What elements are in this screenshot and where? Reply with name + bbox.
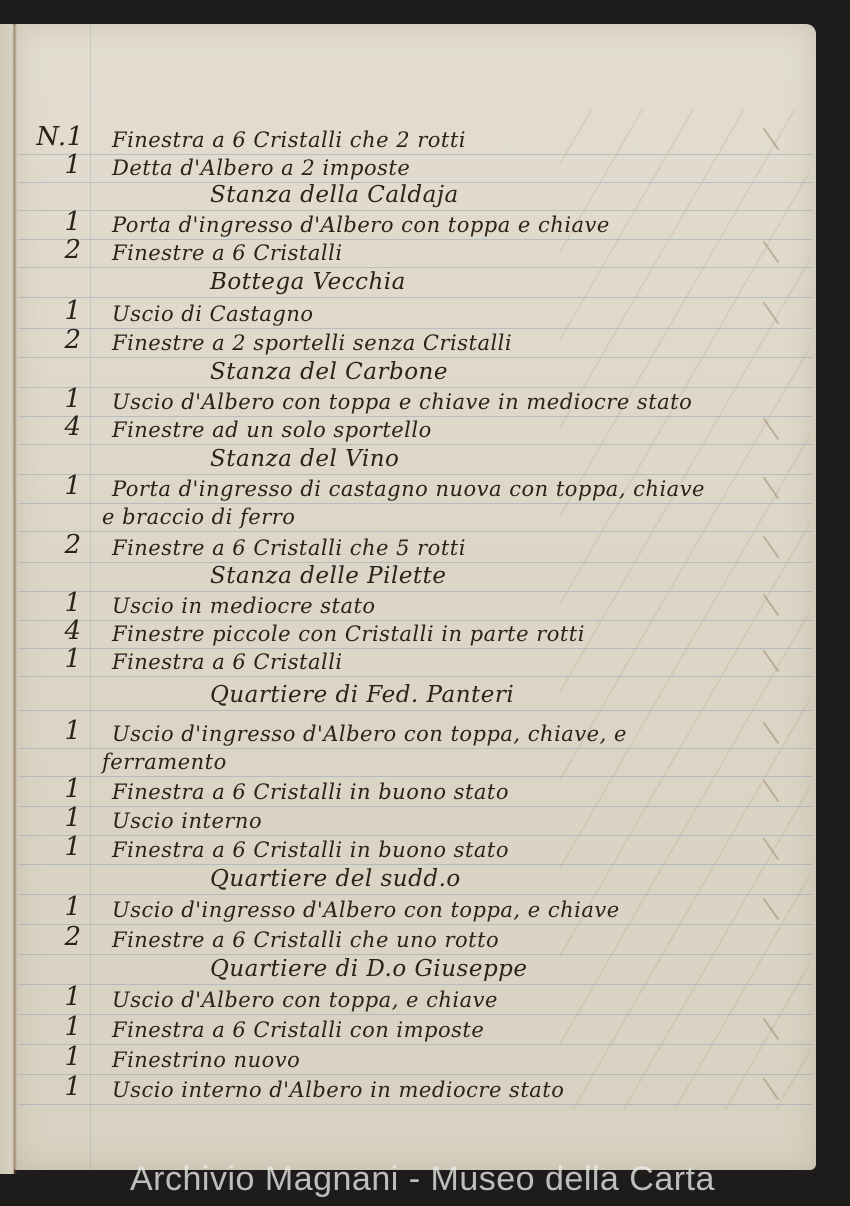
- entry-quantity: 1: [58, 384, 88, 414]
- ruled-line: [18, 474, 813, 475]
- entry-description: Uscio d'Albero con toppa, e chiave: [112, 988, 498, 1012]
- entry-quantity: 1: [58, 982, 88, 1012]
- ruled-line: [18, 357, 813, 358]
- ruled-line: [18, 864, 813, 865]
- ruled-line: [18, 297, 813, 298]
- entry-description: Finestre a 6 Cristalli che 5 rotti: [112, 536, 466, 560]
- entry-description: Detta d'Albero a 2 imposte: [112, 156, 410, 180]
- room-name: Bottega Vecchia: [210, 269, 406, 295]
- entry-description: Finestra a 6 Cristalli in buono stato: [112, 838, 509, 862]
- ruled-line: [18, 894, 813, 895]
- ruled-line: [18, 984, 813, 985]
- ledger-content: N.1Finestra a 6 Cristalli che 2 rotti1De…: [0, 0, 850, 1206]
- room-name: Stanza del Vino: [210, 446, 399, 472]
- entry-quantity: 1: [58, 296, 88, 326]
- entry-description: Uscio d'Albero con toppa e chiave in med…: [112, 390, 692, 414]
- entry-quantity: 1: [58, 774, 88, 804]
- entry-quantity: 1: [58, 716, 88, 746]
- entry-quantity: 4: [58, 616, 88, 646]
- margin-tick-mark: [763, 1078, 780, 1100]
- ruled-line: [18, 591, 813, 592]
- margin-tick-mark: [763, 722, 780, 744]
- room-name: Quartiere di D.o Giuseppe: [210, 956, 528, 982]
- entry-quantity: 2: [58, 530, 88, 560]
- ruled-line: [18, 328, 813, 329]
- entry-description: e braccio di ferro: [102, 505, 295, 529]
- entry-quantity: 1: [58, 1012, 88, 1042]
- entry-description: Uscio di Castagno: [112, 302, 314, 326]
- ruled-line: [18, 154, 813, 155]
- margin-tick-mark: [763, 898, 780, 920]
- ruled-line: [18, 531, 813, 532]
- entry-description: Finestre a 2 sportelli senza Cristalli: [112, 331, 512, 355]
- entry-description: Finestre piccole con Cristalli in parte …: [112, 622, 585, 646]
- entry-quantity: 2: [58, 325, 88, 355]
- margin-tick-mark: [763, 477, 780, 499]
- ruled-line: [18, 267, 813, 268]
- entry-description: Uscio d'ingresso d'Albero con toppa, e c…: [112, 898, 620, 922]
- margin-tick-mark: [763, 780, 780, 802]
- entry-description: Finestrino nuovo: [112, 1048, 300, 1072]
- ruled-line: [18, 648, 813, 649]
- ruled-line: [18, 444, 813, 445]
- entry-description: Uscio interno: [112, 809, 262, 833]
- room-name: Stanza del Carbone: [210, 359, 448, 385]
- ruled-line: [18, 387, 813, 388]
- entry-description: Finestre a 6 Cristalli: [112, 241, 343, 265]
- entry-description: Finestra a 6 Cristalli: [112, 650, 343, 674]
- ruled-line: [18, 835, 813, 836]
- ruled-line: [18, 620, 813, 621]
- entry-quantity: 2: [58, 235, 88, 265]
- margin-tick-mark: [763, 418, 780, 440]
- entry-quantity: 1: [58, 803, 88, 833]
- ruled-line: [18, 503, 813, 504]
- entry-description: Finestra a 6 Cristalli con imposte: [112, 1018, 484, 1042]
- entry-description: Porta d'ingresso d'Albero con toppa e ch…: [112, 213, 610, 237]
- ruled-line: [18, 710, 813, 711]
- ruled-line: [18, 239, 813, 240]
- entry-quantity: 1: [58, 1042, 88, 1072]
- entry-description: ferramento: [102, 750, 227, 774]
- ruled-line: [18, 1104, 813, 1105]
- entry-quantity: 1: [58, 150, 88, 180]
- margin-tick-mark: [763, 1018, 780, 1040]
- entry-description: Finestra a 6 Cristalli in buono stato: [112, 780, 509, 804]
- margin-tick-mark: [763, 241, 780, 263]
- entry-quantity: 4: [58, 412, 88, 442]
- entry-quantity: 1: [58, 471, 88, 501]
- room-name: Stanza delle Pilette: [210, 563, 447, 589]
- margin-tick-mark: [763, 838, 780, 860]
- ruled-line: [18, 1044, 813, 1045]
- entry-quantity: 1: [58, 207, 88, 237]
- room-name: Quartiere del sudd.o: [210, 866, 461, 892]
- room-name: Quartiere di Fed. Panteri: [210, 682, 514, 708]
- ruled-line: [18, 748, 813, 749]
- margin-tick-mark: [763, 536, 780, 558]
- ruled-line: [18, 954, 813, 955]
- ruled-line: [18, 924, 813, 925]
- room-name: Stanza della Caldaja: [210, 182, 459, 208]
- entry-quantity: 1: [58, 644, 88, 674]
- ruled-line: [18, 776, 813, 777]
- margin-tick-mark: [763, 650, 780, 672]
- entry-quantity: 1: [58, 832, 88, 862]
- entry-description: Finestre a 6 Cristalli che uno rotto: [112, 928, 499, 952]
- entry-description: Porta d'ingresso di castagno nuova con t…: [112, 477, 705, 501]
- ruled-line: [18, 416, 813, 417]
- entry-quantity: 1: [58, 892, 88, 922]
- ruled-line: [18, 806, 813, 807]
- entry-description: Uscio d'ingresso d'Albero con toppa, chi…: [112, 722, 627, 746]
- margin-tick-mark: [763, 128, 780, 150]
- margin-tick-mark: [763, 594, 780, 616]
- entry-description: Uscio in mediocre stato: [112, 594, 376, 618]
- archive-watermark: Archivio Magnani - Museo della Carta: [130, 1160, 840, 1199]
- ruled-line: [18, 210, 813, 211]
- entry-description: Finestra a 6 Cristalli che 2 rotti: [112, 128, 466, 152]
- ruled-line: [18, 676, 813, 677]
- entry-quantity: 1: [58, 588, 88, 618]
- entry-description: Finestre ad un solo sportello: [112, 418, 432, 442]
- entry-quantity: 2: [58, 922, 88, 952]
- entry-quantity: 1: [58, 1072, 88, 1102]
- ruled-line: [18, 1014, 813, 1015]
- entry-description: Uscio interno d'Albero in mediocre stato: [112, 1078, 564, 1102]
- ruled-line: [18, 1074, 813, 1075]
- margin-tick-mark: [763, 302, 780, 324]
- entry-quantity: N.1: [30, 122, 90, 152]
